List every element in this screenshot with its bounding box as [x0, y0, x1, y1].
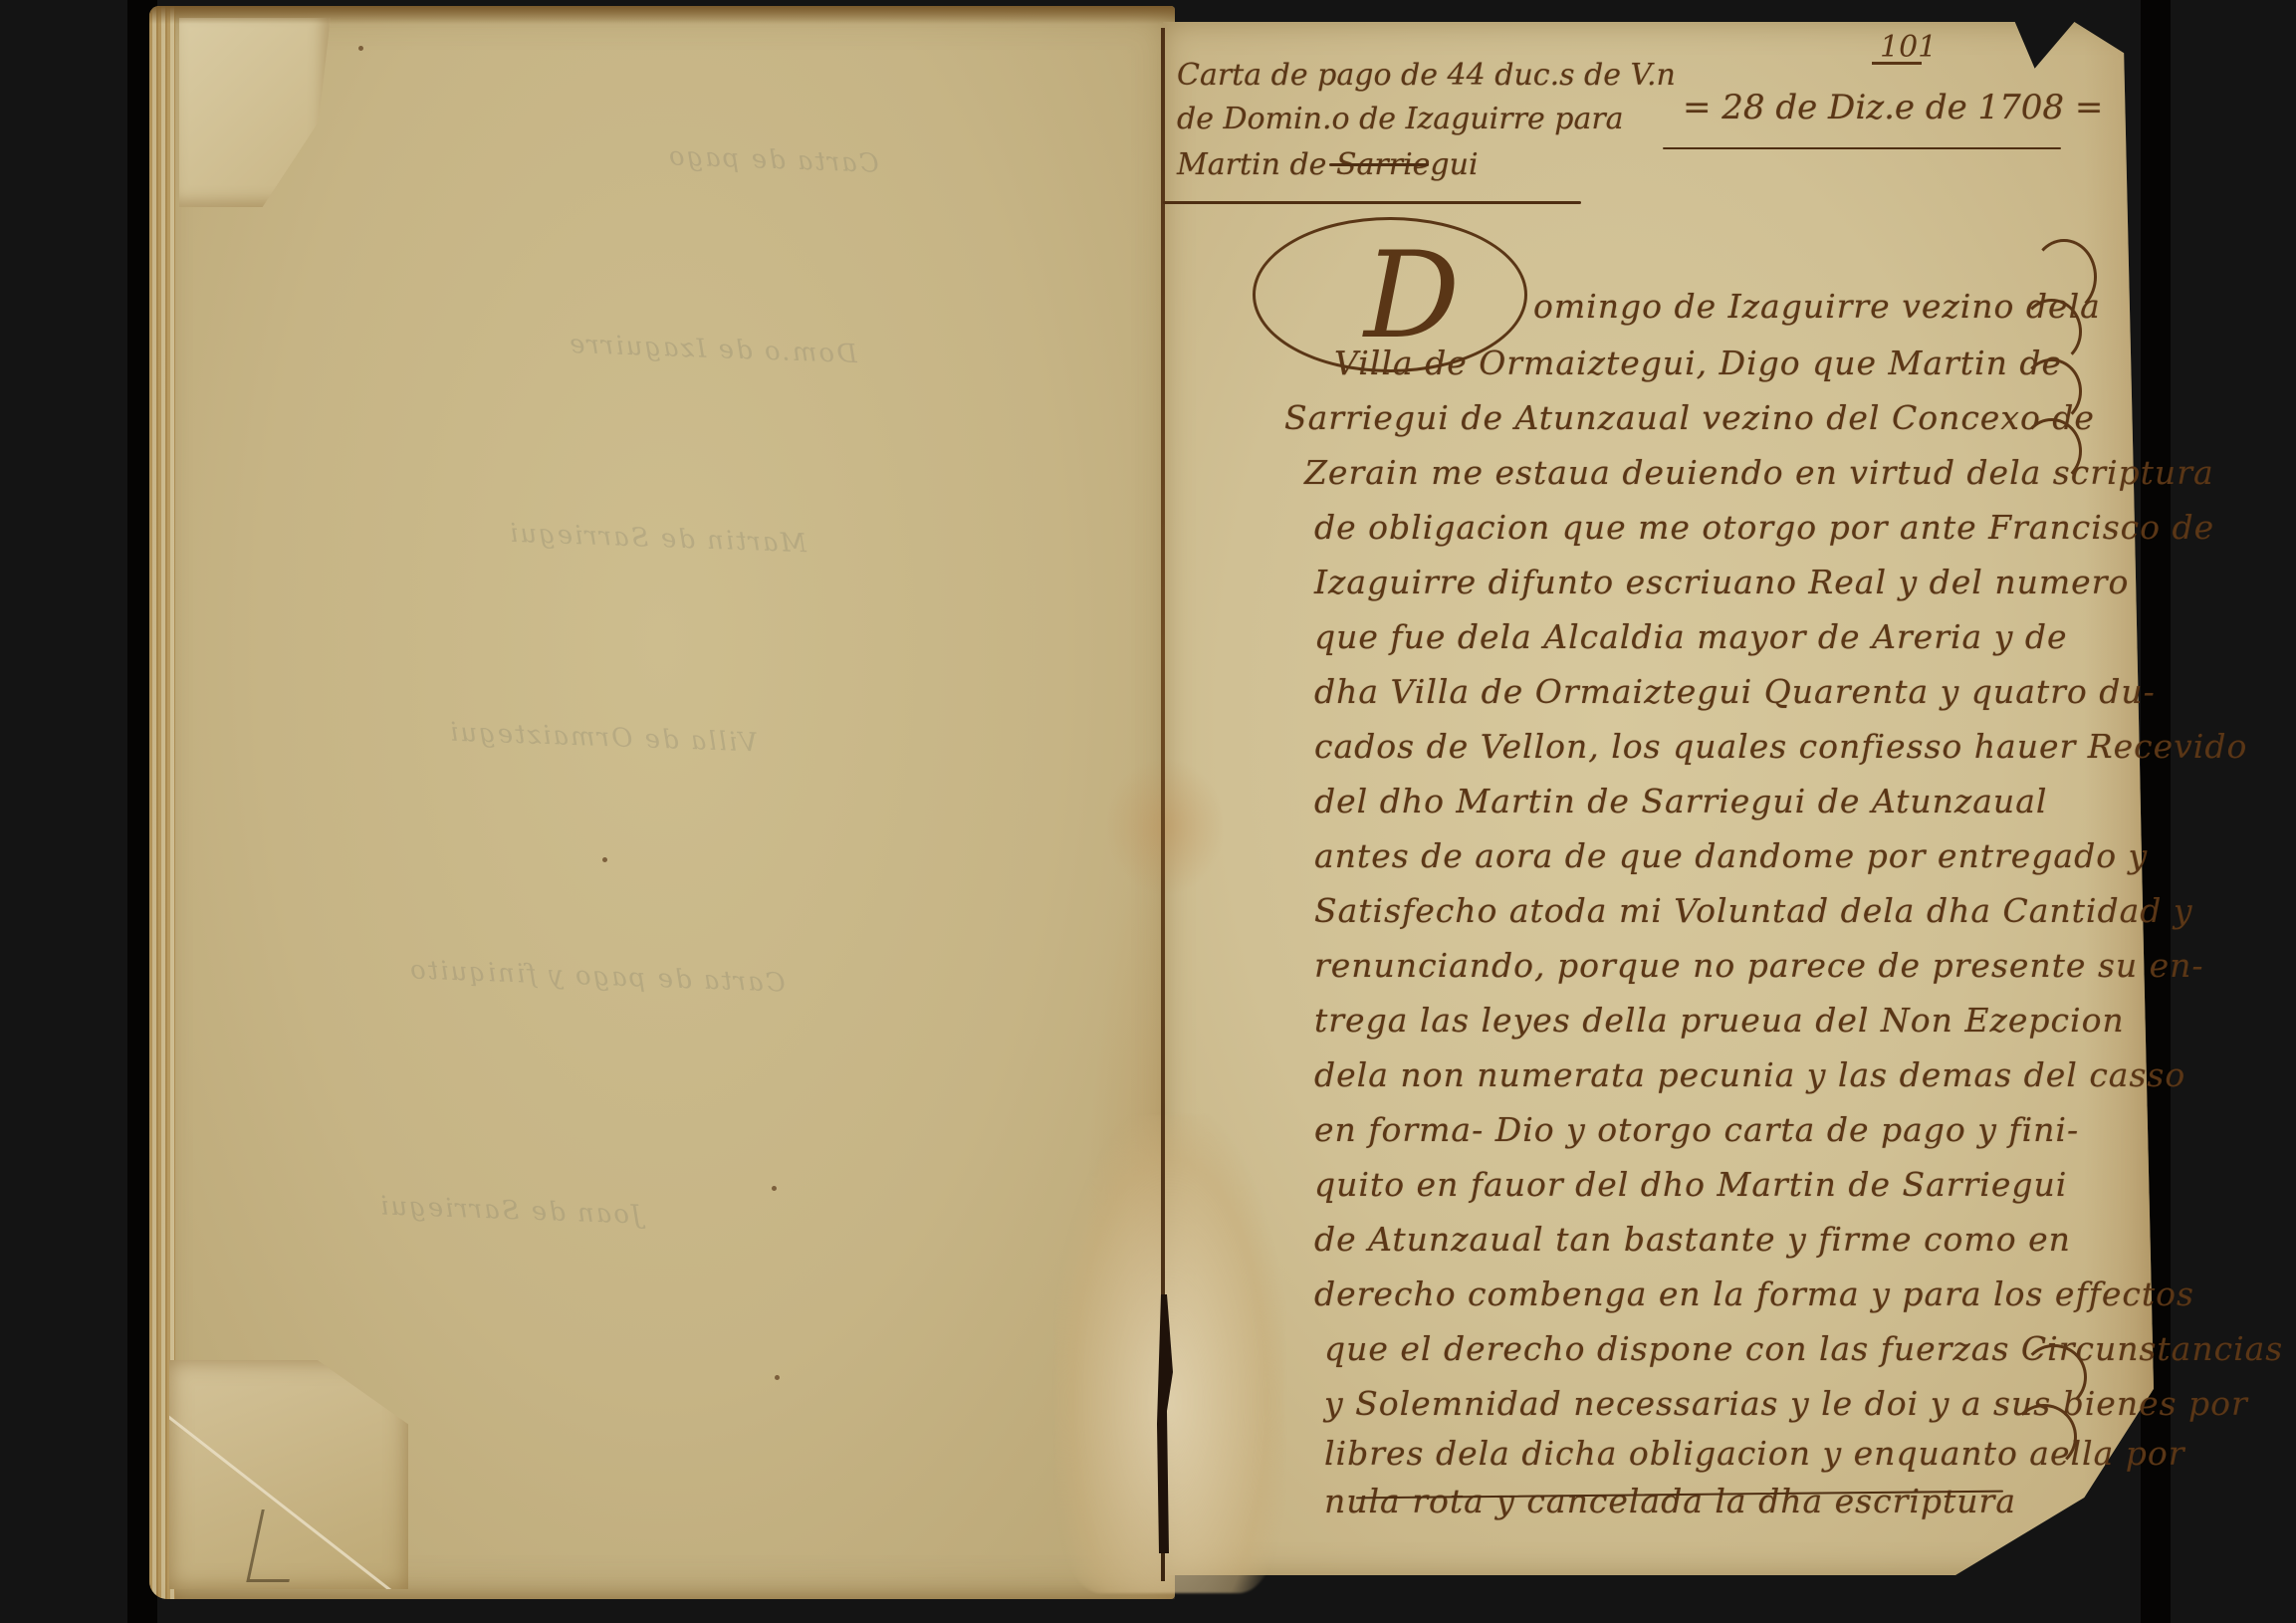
- marginal-heading-line: Carta de pago de 44 duc.s de V.n: [1177, 58, 1676, 93]
- bleed-through-line: Joan de Sarriegui: [378, 1191, 642, 1230]
- body-line: de obligacion que me otorgo por ante Fra…: [1314, 508, 2214, 547]
- marginal-heading-line: de Domin.o de Izaguirre para: [1177, 102, 1624, 136]
- body-line: en forma- Dio y otorgo carta de pago y f…: [1314, 1110, 2079, 1149]
- body-line: Izaguirre difunto escriuano Real y del n…: [1314, 563, 2129, 601]
- folio-underline: [1872, 62, 1922, 65]
- folded-corner-bottom: [169, 1360, 408, 1589]
- corner-ink-mark: [246, 1509, 305, 1582]
- date-underline: [1663, 147, 2061, 149]
- line-end-flourish: [2021, 299, 2082, 364]
- line-end-flourish: [2021, 358, 2082, 424]
- line-end-flourish: [2011, 1404, 2077, 1470]
- marginal-heading-line: Martin de Sarriegui: [1177, 147, 1479, 182]
- body-line: que fue dela Alcaldia mayor de Areria y …: [1314, 617, 2068, 656]
- heading-underline: [1329, 163, 1429, 166]
- body-line: y Solemnidad necessarias y le doi y a su…: [1324, 1384, 2248, 1423]
- ink-speck: [775, 1375, 780, 1380]
- left-page: Carta de pago Dom.o de Izaguirre Martin …: [149, 6, 1175, 1599]
- manuscript-spread: Carta de pago Dom.o de Izaguirre Martin …: [0, 0, 2296, 1623]
- body-line: cados de Vellon, los quales confiesso ha…: [1314, 727, 2247, 766]
- body-line: de Atunzaual tan bastante y firme como e…: [1314, 1220, 2071, 1259]
- folio-number: 101: [1880, 30, 1937, 65]
- ink-speck: [358, 46, 363, 51]
- body-line: omingo de Izaguirre vezino dela: [1533, 287, 2101, 326]
- bleed-through-line: Carta de pago: [667, 141, 880, 178]
- body-line: nula rota y cancelada la dha escriptura: [1324, 1482, 2016, 1520]
- line-end-flourish: [2021, 1344, 2087, 1410]
- water-stain-center: [1105, 757, 1225, 896]
- bleed-through-line: Carta de pago y finiquito: [408, 955, 787, 998]
- body-line: Satisfecho atoda mi Voluntad dela dha Ca…: [1314, 891, 2193, 930]
- body-line: quito en fauor del dho Martin de Sarrieg…: [1314, 1165, 2067, 1204]
- body-line: antes de aora de que dandome por entrega…: [1314, 836, 2148, 875]
- heading-rule: [1163, 201, 1581, 204]
- body-line: renunciando, porque no parece de present…: [1314, 946, 2204, 985]
- body-line: derecho combenga en la forma y para los …: [1314, 1275, 2194, 1313]
- body-line: del dho Martin de Sarriegui de Atunzaual: [1314, 782, 2047, 820]
- body-line: que el derecho dispone con las fuerzas C…: [1324, 1329, 2283, 1368]
- body-line: trega las leyes della prueua del Non Eze…: [1314, 1001, 2125, 1040]
- line-end-flourish: [2021, 418, 2082, 484]
- body-line: Sarriegui de Atunzaual vezino del Concex…: [1284, 398, 2095, 437]
- body-line: dha Villa de Ormaiztegui Quarenta y quat…: [1314, 672, 2156, 711]
- folded-corner-top: [179, 18, 331, 207]
- bleed-through-line: Martin de Sarriegui: [508, 519, 807, 559]
- bleed-through-line: Villa de Ormaiztegui: [448, 718, 759, 759]
- ink-speck: [602, 857, 607, 862]
- body-line: dela non numerata pecunia y las demas de…: [1314, 1055, 2185, 1094]
- bleed-through-line: Dom.o de Izaguirre: [568, 330, 858, 369]
- ink-speck: [772, 1186, 777, 1191]
- body-line: Villa de Ormaiztegui, Digo que Martin de: [1334, 344, 2062, 382]
- date-heading: = 28 de Diz.e de 1708 =: [1683, 88, 2103, 127]
